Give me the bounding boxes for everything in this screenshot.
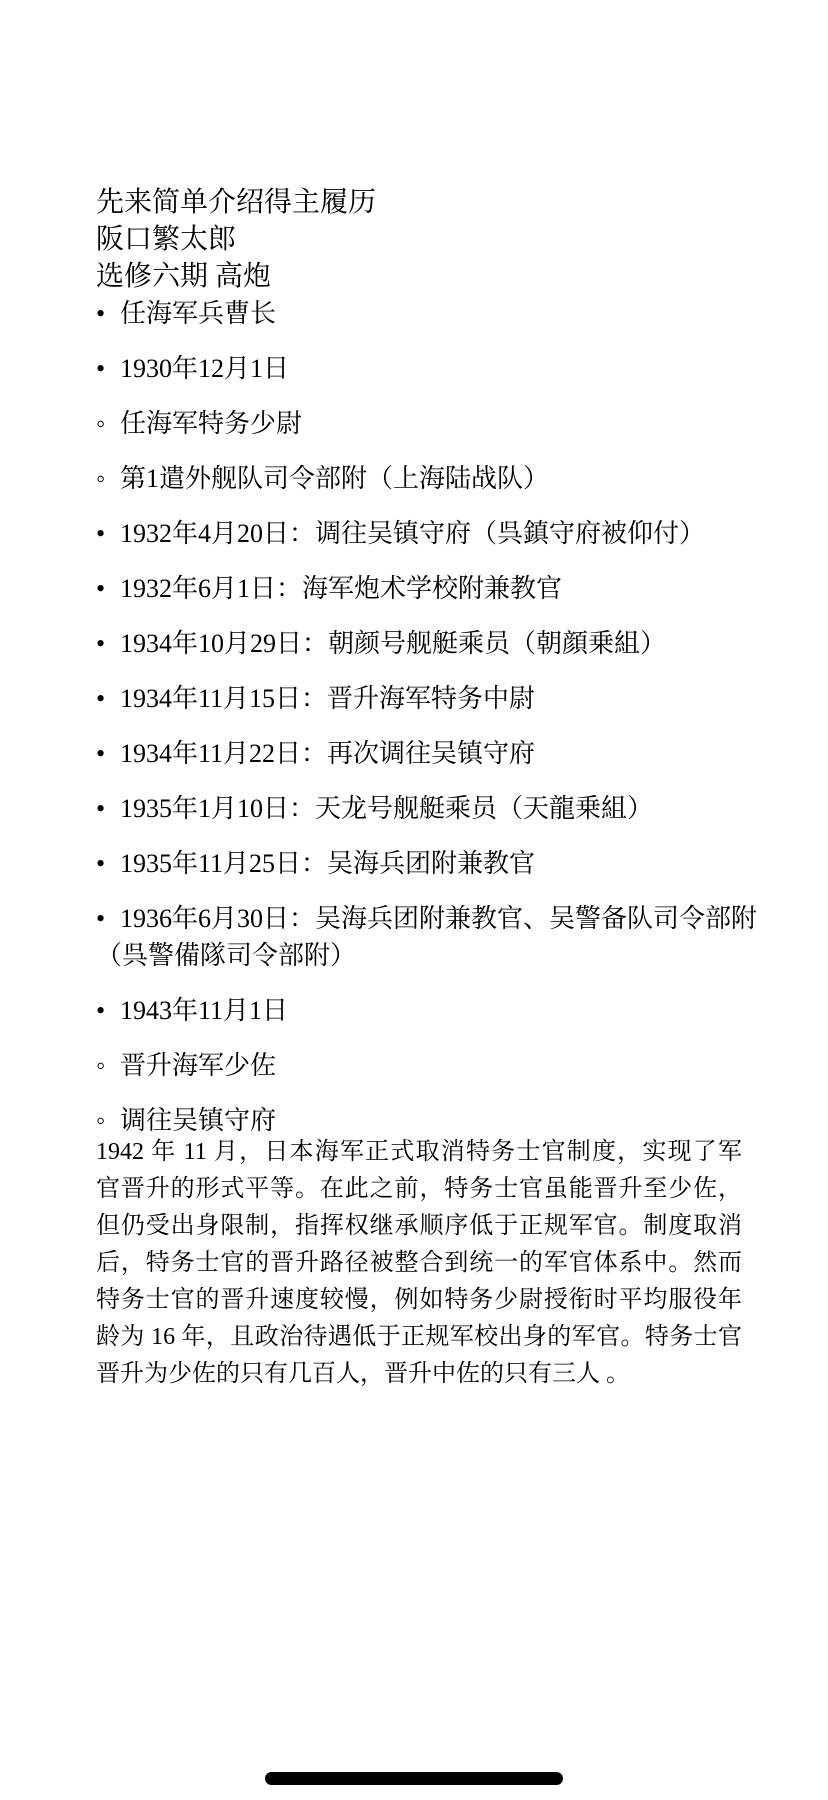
circle-bullet-icon: ◦ [96,460,120,497]
bullet-icon: • [96,570,120,607]
timeline-item-text: 任海军特务少尉 [120,409,302,438]
timeline-item: ◦晋升海军少佐 [96,1047,742,1084]
intro-line: 选修六期 高炮 [96,258,742,295]
timeline-item: ◦第1遣外舰队司令部附（上海陆战队） [96,460,742,497]
paragraph-line: 晋升为少佐的只有几百人，晋升中佐的只有三人 。 [96,1356,742,1393]
bullet-icon: • [96,900,120,937]
intro-line: 阪口繁太郎 [96,221,742,258]
timeline-item: •1935年11月25日：吴海兵团附兼教官 [96,845,742,882]
timeline-item-text: 1932年4月20日：调往吴镇守府（呉鎮守府被仰付） [120,519,705,548]
intro-line: 先来简单介绍得主履历 [96,184,742,221]
paragraph-line: 但仍受出身限制，指挥权继承顺序低于正规军官。制度取消 [96,1208,742,1245]
timeline-item-text: 调往吴镇守府 [120,1106,276,1135]
timeline-item: •1930年12月1日 [96,350,742,387]
timeline-item-text-wrapped: （呉警備隊司令部附） [96,937,742,974]
paragraph-line: 特务士官的晋升速度较慢，例如特务少尉授衔时平均服役年 [96,1282,742,1319]
bullet-icon: • [96,350,120,387]
circle-bullet-icon: ◦ [96,405,120,442]
document: 先来简单介绍得主履历 阪口繁太郎 选修六期 高炮 •任海军兵曹长 •1930年1… [96,184,742,1393]
paragraph-line: 1942 年 11 月，日本海军正式取消特务士官制度，实现了军 [96,1134,742,1171]
timeline-item: ◦任海军特务少尉 [96,405,742,442]
timeline-item: •1934年11月15日：晋升海军特务中尉 [96,680,742,717]
bullet-icon: • [96,625,120,662]
bullet-icon: • [96,992,120,1029]
timeline-item-text: 1932年6月1日：海军炮术学校附兼教官 [120,574,562,603]
timeline-item-text: 1935年1月10日：天龙号舰艇乘员（天龍乗組） [120,794,653,823]
paragraph: 1942 年 11 月，日本海军正式取消特务士官制度，实现了军 官晋升的形式平等… [96,1134,742,1393]
bullet-icon: • [96,295,120,332]
timeline-item: •1932年4月20日：调往吴镇守府（呉鎮守府被仰付） [96,515,742,552]
bullet-icon: • [96,680,120,717]
paragraph-line: 官晋升的形式平等。在此之前，特务士官虽能晋升至少佐， [96,1171,742,1208]
timeline-item-text: 1934年11月22日：再次调往吴镇守府 [120,739,535,768]
circle-bullet-icon: ◦ [96,1047,120,1084]
timeline-item: •1934年10月29日：朝颜号舰艇乘员（朝顔乗組） [96,625,742,662]
timeline-item-text: 晋升海军少佐 [120,1051,276,1080]
timeline-item: •1943年11月1日 [96,992,742,1029]
timeline-item-text: 第1遣外舰队司令部附（上海陆战队） [120,464,549,493]
timeline-item: •1932年6月1日：海军炮术学校附兼教官 [96,570,742,607]
timeline-item: •1935年1月10日：天龙号舰艇乘员（天龍乗組） [96,790,742,827]
timeline-item-text: 1934年11月15日：晋升海军特务中尉 [120,684,535,713]
timeline-item-text: 1943年11月1日 [120,996,288,1025]
paragraph-line: 后，特务士官的晋升路径被整合到统一的军官体系中。然而 [96,1245,742,1282]
bullet-icon: • [96,845,120,882]
timeline-item-text: 1936年6月30日：吴海兵团附兼教官、吴警备队司令部附 [120,904,757,933]
home-indicator[interactable] [265,1772,563,1785]
bullet-icon: • [96,515,120,552]
timeline-item-text: 1930年12月1日 [120,354,289,383]
timeline-item-text: 1934年10月29日：朝颜号舰艇乘员（朝顔乗組） [120,629,666,658]
bullet-icon: • [96,790,120,827]
timeline-item-text: 1935年11月25日：吴海兵团附兼教官 [120,849,535,878]
timeline-item: •1934年11月22日：再次调往吴镇守府 [96,735,742,772]
timeline-item-text: 任海军兵曹长 [120,299,276,328]
timeline-item: •1936年6月30日：吴海兵团附兼教官、吴警备队司令部附 （呉警備隊司令部附） [96,900,742,974]
paragraph-line: 龄为 16 年，且政治待遇低于正规军校出身的军官。特务士官 [96,1319,742,1356]
bullet-icon: • [96,735,120,772]
timeline-item: •任海军兵曹长 [96,295,742,332]
intro-block: 先来简单介绍得主履历 阪口繁太郎 选修六期 高炮 [96,184,742,295]
timeline-list: •任海军兵曹长 •1930年12月1日 ◦任海军特务少尉 ◦第1遣外舰队司令部附… [96,295,742,1139]
